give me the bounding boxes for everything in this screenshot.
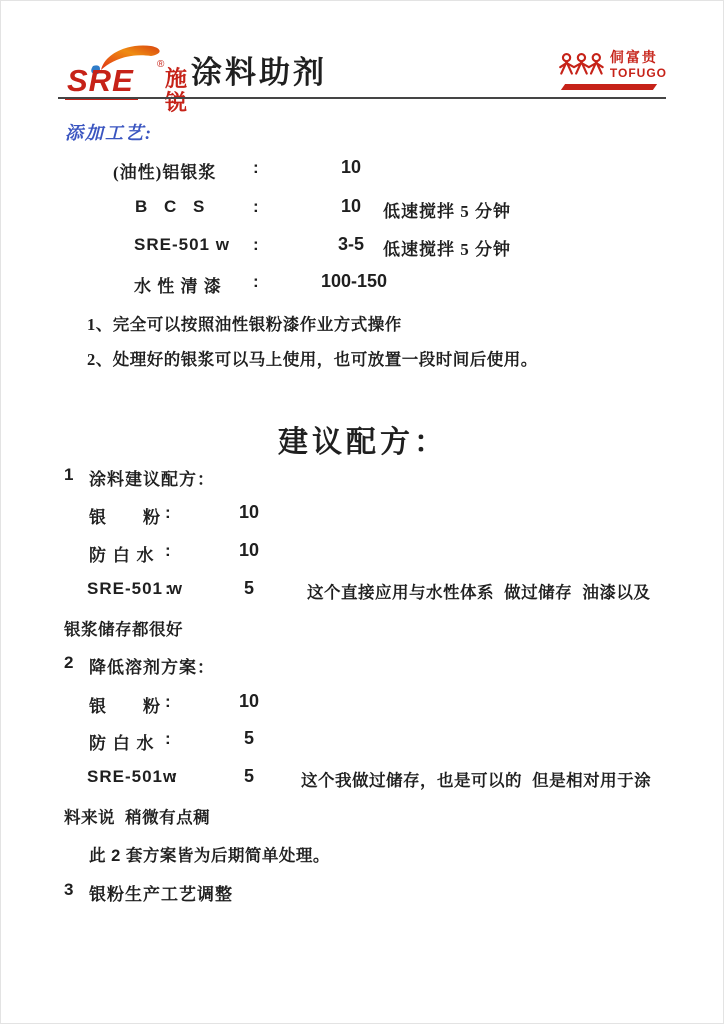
recipe-section-number: 3 (64, 880, 73, 900)
registered-mark-icon: ® (157, 59, 164, 70)
recipe-closing-note: 此 2 套方案皆为后期简单处理。 (89, 842, 330, 866)
process-row-value: 10 (321, 196, 381, 217)
process-row-note: 低速搅拌 5 分钟 (383, 197, 511, 222)
colon: : (253, 158, 259, 178)
recipe-section-title: 涂料建议配方： (89, 465, 215, 490)
page-title: 涂料助剂 (191, 57, 327, 88)
recipe-section-title: 银粉生产工艺调整 (89, 880, 233, 905)
recipe-row-value: 10 (227, 691, 271, 712)
colon: : (253, 197, 259, 217)
colon: : (165, 503, 171, 523)
colon: : (165, 692, 171, 712)
process-row-value: 3-5 (321, 234, 381, 255)
tofugo-people-icon (557, 51, 606, 77)
colon: : (165, 541, 171, 561)
document-page: SRE ® 施锐 涂料助剂 侗 (0, 0, 724, 1024)
header-divider (58, 97, 666, 99)
process-remark-1: 1、完全可以按照油性银粉漆作业方式操作 (87, 311, 402, 335)
recipe-row-value: 10 (227, 540, 271, 561)
process-row-label: SRE-501 w (134, 235, 230, 255)
process-remark-2: 2、处理好的银浆可以马上使用，也可放置一段时间后使用。 (87, 346, 538, 370)
recipe-row-value: 5 (227, 766, 271, 787)
sre-logo-text: SRE (65, 65, 138, 100)
recipe-row-label: SRE-501w (87, 767, 177, 787)
recipe-row-label: 防 白 水 (89, 541, 154, 566)
recipe-row-value: 5 (227, 728, 271, 749)
process-row-label: B C S (135, 197, 210, 217)
colon: : (165, 729, 171, 749)
colon: : (165, 579, 171, 599)
process-row-label: (油性)铝银浆 (113, 158, 216, 183)
process-row-value: 10 (321, 157, 381, 178)
tofugo-chinese: 侗富贵 (610, 51, 667, 66)
recipe-comment-overflow: 银浆储存都很好 (64, 616, 183, 640)
recipe-row-comment: 这个我做过储存，也是可以的 但是相对用于涂 (301, 767, 651, 791)
section-heading-process: 添加工艺: (65, 119, 153, 145)
recipe-section-number: 2 (64, 653, 73, 673)
tofugo-latin: TOFUGO (610, 66, 667, 80)
recipe-section-title: 降低溶剂方案： (89, 653, 215, 678)
recipe-row-comment: 这个直接应用与水性体系 做过储存 油漆以及 (307, 579, 650, 603)
process-row-value: 100-150 (321, 271, 381, 292)
recipe-row-label: 银 粉 (89, 503, 161, 528)
colon: : (253, 235, 259, 255)
recipe-row-label: 银 粉 (89, 692, 161, 717)
process-row-note: 低速搅拌 5 分钟 (383, 235, 511, 260)
process-row-label: 水 性 清 漆 (134, 272, 222, 297)
recipe-row-value: 5 (227, 578, 271, 599)
recipe-comment-overflow: 料来说 稍微有点稠 (64, 804, 210, 828)
sre-logo-chinese: 施锐 (165, 67, 189, 115)
recipe-row-value: 10 (227, 502, 271, 523)
colon: : (171, 767, 177, 787)
section-heading-recipe: 建议配方： (1, 417, 724, 461)
tofugo-logo: 侗富贵 TOFUGO (557, 51, 667, 90)
recipe-row-label: 防 白 水 (89, 729, 154, 754)
colon: : (253, 272, 259, 292)
recipe-section-number: 1 (64, 465, 73, 485)
tofugo-bar (561, 84, 657, 90)
